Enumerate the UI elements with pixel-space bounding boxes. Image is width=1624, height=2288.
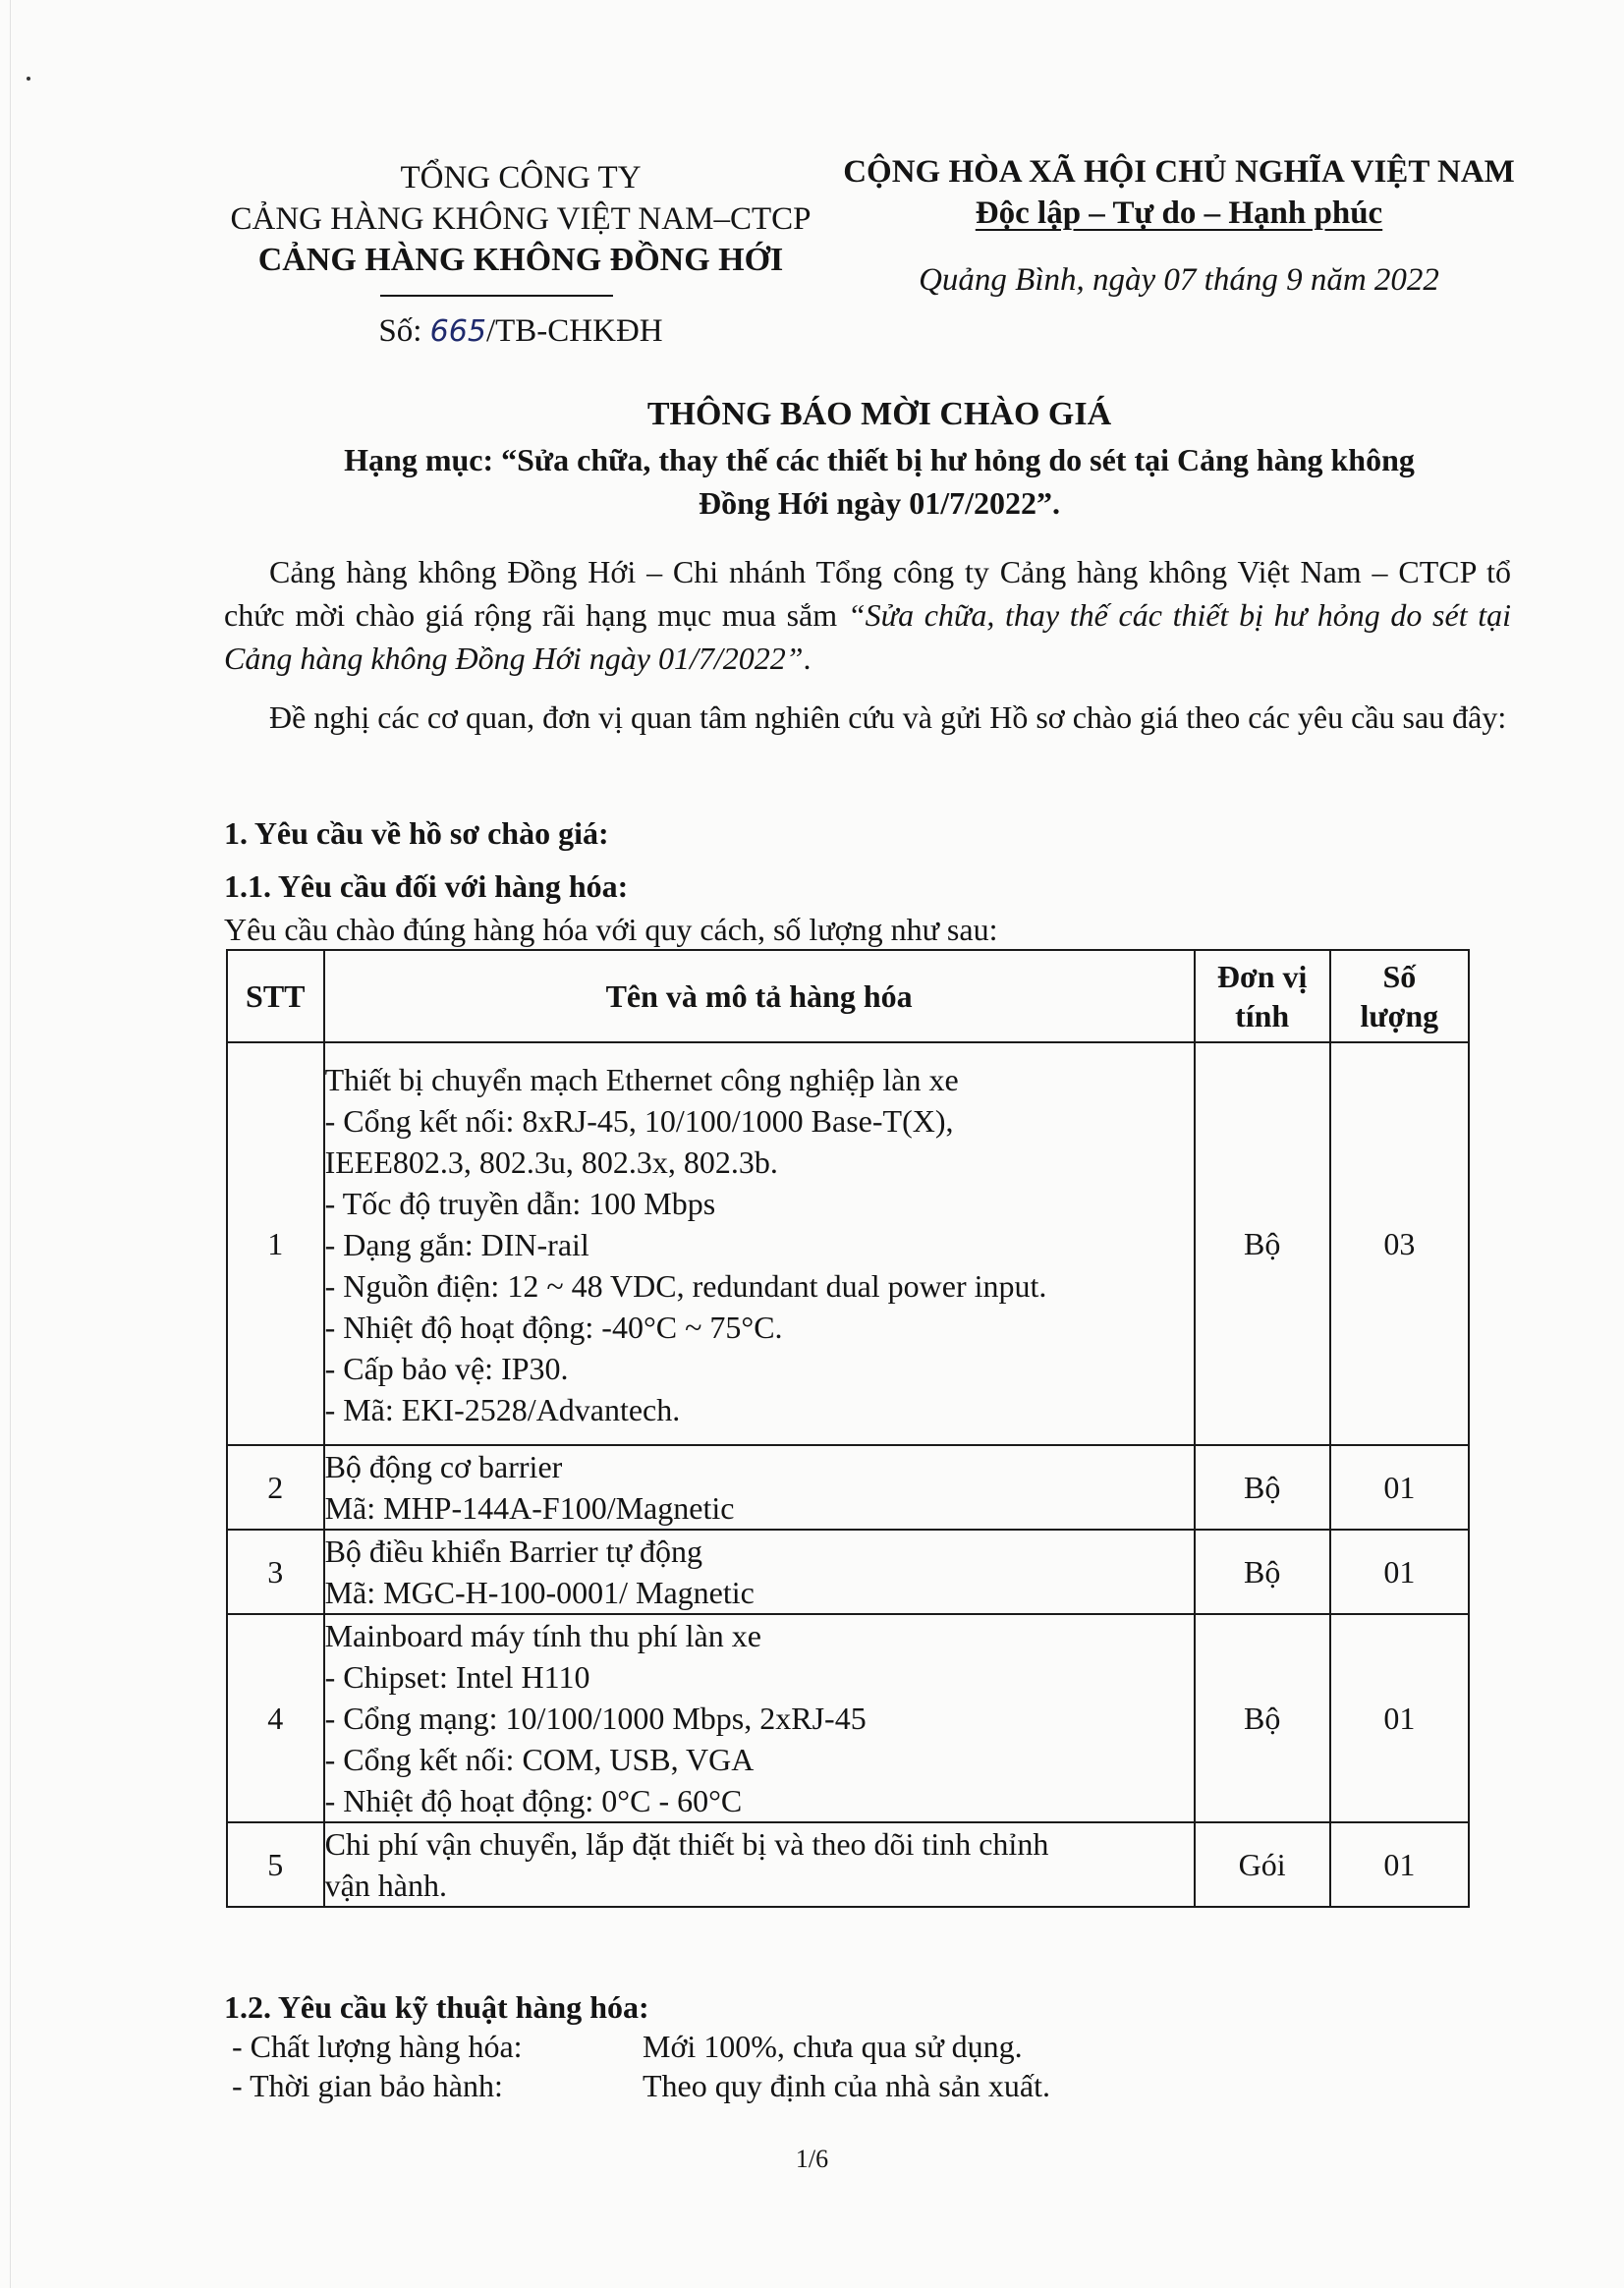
description-line: vận hành.	[325, 1865, 1194, 1906]
description-line: Chi phí vận chuyển, lắp đặt thiết bị và …	[325, 1823, 1194, 1865]
description-line: - Nhiệt độ hoạt động: 0°C - 60°C	[325, 1780, 1194, 1821]
row-unit: Gói	[1195, 1822, 1330, 1907]
description-line: Thiết bị chuyển mạch Ethernet công nghiệ…	[325, 1059, 1194, 1100]
row-stt: 2	[227, 1445, 324, 1530]
requirement-label: - Thời gian bảo hành:	[232, 2066, 643, 2105]
table-row: 3Bộ điều khiển Barrier tự độngMã: MGC-H-…	[227, 1530, 1469, 1614]
description-line: Mã: MGC-H-100-0001/ Magnetic	[325, 1572, 1194, 1613]
row-unit: Bộ	[1195, 1614, 1330, 1822]
issuer-underline	[380, 295, 613, 297]
issuing-unit: CẢNG HÀNG KHÔNG ĐỒNG HỚI	[187, 240, 855, 281]
header-stt: STT	[227, 950, 324, 1042]
description-line: - Cấp bảo vệ: IP30.	[325, 1348, 1194, 1389]
document-number-handwritten: 665	[430, 314, 486, 349]
row-quantity: 01	[1330, 1530, 1469, 1614]
document-subtitle: Hạng mục: “Sửa chữa, thay thế các thiết …	[216, 438, 1542, 525]
description-line: - Chipset: Intel H110	[325, 1656, 1194, 1698]
requirement-value: Mới 100%, chưa qua sử dụng.	[643, 2029, 1023, 2064]
description-line: Mã: MHP-144A-F100/Magnetic	[325, 1487, 1194, 1529]
table-row: 4Mainboard máy tính thu phí làn xe- Chip…	[227, 1614, 1469, 1822]
goods-table-header: STT Tên và mô tả hàng hóa Đơn vị tính Số…	[227, 950, 1469, 1042]
parent-company-line2: CẢNG HÀNG KHÔNG VIỆT NAM–CTCP	[187, 198, 855, 240]
section-1-1-heading: 1.1. Yêu cầu đối với hàng hóa:	[224, 866, 628, 906]
description-line: - Cổng mạng: 10/100/1000 Mbps, 2xRJ-45	[325, 1698, 1194, 1739]
row-description: Bộ điều khiển Barrier tự độngMã: MGC-H-1…	[324, 1530, 1195, 1614]
row-quantity: 03	[1330, 1042, 1469, 1445]
table-row: 5Chi phí vận chuyển, lắp đặt thiết bị và…	[227, 1822, 1469, 1907]
row-description: Mainboard máy tính thu phí làn xe- Chips…	[324, 1614, 1195, 1822]
description-line: Mainboard máy tính thu phí làn xe	[325, 1615, 1194, 1656]
table-row: 1Thiết bị chuyển mạch Ethernet công nghi…	[227, 1042, 1469, 1445]
description-line: Bộ động cơ barrier	[325, 1446, 1194, 1487]
section-1-heading: 1. Yêu cầu về hồ sơ chào giá:	[224, 813, 609, 853]
goods-table: STT Tên và mô tả hàng hóa Đơn vị tính Số…	[226, 949, 1470, 1908]
scan-edge-line	[10, 0, 11, 2288]
national-motto: Độc lập – Tự do – Hạnh phúc	[815, 193, 1542, 234]
header-unit-line2: tính	[1196, 996, 1329, 1035]
header-qty: Số lượng	[1330, 950, 1469, 1042]
description-line: - Mã: EKI-2528/Advantech.	[325, 1389, 1194, 1430]
scan-speck	[27, 77, 30, 81]
row-quantity: 01	[1330, 1614, 1469, 1822]
row-quantity: 01	[1330, 1822, 1469, 1907]
header-unit: Đơn vị tính	[1195, 950, 1330, 1042]
row-unit: Bộ	[1195, 1042, 1330, 1445]
requirement-warranty: - Thời gian bảo hành:Theo quy định của n…	[232, 2066, 1050, 2105]
row-stt: 1	[227, 1042, 324, 1445]
issuer-header: TỔNG CÔNG TY CẢNG HÀNG KHÔNG VIỆT NAM–CT…	[187, 157, 855, 353]
header-qty-line2: lượng	[1331, 996, 1468, 1035]
requirement-label: - Chất lượng hàng hóa:	[232, 2027, 643, 2066]
country-name: CỘNG HÒA XÃ HỘI CHỦ NGHĨA VIỆT NAM	[815, 151, 1542, 193]
header-name: Tên và mô tả hàng hóa	[324, 950, 1195, 1042]
subtitle-line-2: Đồng Hới ngày 01/7/2022”.	[216, 481, 1542, 525]
row-description: Thiết bị chuyển mạch Ethernet công nghiệ…	[324, 1042, 1195, 1445]
description-line: - Cổng kết nối: 8xRJ-45, 10/100/1000 Bas…	[325, 1100, 1194, 1142]
goods-table-body: 1Thiết bị chuyển mạch Ethernet công nghi…	[227, 1042, 1469, 1907]
document-number-prefix: Số:	[378, 313, 429, 349]
row-description: Chi phí vận chuyển, lắp đặt thiết bị và …	[324, 1822, 1195, 1907]
document-title: THÔNG BÁO MỜI CHÀO GIÁ	[216, 393, 1542, 436]
header-qty-line1: Số	[1331, 957, 1468, 996]
row-stt: 3	[227, 1530, 324, 1614]
intro-paragraph-2: Đề nghị các cơ quan, đơn vị quan tâm ngh…	[224, 696, 1511, 739]
description-line: - Cổng kết nối: COM, USB, VGA	[325, 1739, 1194, 1780]
description-line: - Nguồn điện: 12 ~ 48 VDC, redundant dua…	[325, 1265, 1194, 1307]
intro-p1-end: .	[804, 641, 812, 676]
description-line: - Tốc độ truyền dẫn: 100 Mbps	[325, 1183, 1194, 1224]
subtitle-line-1: Hạng mục: “Sửa chữa, thay thế các thiết …	[216, 438, 1542, 481]
parent-company-line1: TỔNG CÔNG TY	[187, 157, 855, 198]
intro-p2-text: Đề nghị các cơ quan, đơn vị quan tâm ngh…	[269, 699, 1506, 735]
section-1-2-heading: 1.2. Yêu cầu kỹ thuật hàng hóa:	[224, 1987, 649, 2027]
requirement-quality: - Chất lượng hàng hóa:Mới 100%, chưa qua…	[232, 2027, 1023, 2066]
table-row: 2Bộ động cơ barrierMã: MHP-144A-F100/Mag…	[227, 1445, 1469, 1530]
description-line: - Dạng gắn: DIN-rail	[325, 1224, 1194, 1265]
section-1-1-lead: Yêu cầu chào đúng hàng hóa với quy cách,…	[224, 910, 997, 949]
place-and-date: Quảng Bình, ngày 07 tháng 9 năm 2022	[815, 259, 1542, 301]
intro-paragraph-1: Cảng hàng không Đồng Hới – Chi nhánh Tổn…	[224, 550, 1511, 680]
page-number: 1/6	[0, 2145, 1624, 2174]
document-number: Số: 665/TB-CHKĐH	[187, 310, 855, 353]
row-quantity: 01	[1330, 1445, 1469, 1530]
header-unit-line1: Đơn vị	[1196, 957, 1329, 996]
document-page: TỔNG CÔNG TY CẢNG HÀNG KHÔNG VIỆT NAM–CT…	[0, 0, 1624, 2288]
row-unit: Bộ	[1195, 1445, 1330, 1530]
description-line: - Nhiệt độ hoạt động: -40°C ~ 75°C.	[325, 1307, 1194, 1348]
row-stt: 5	[227, 1822, 324, 1907]
national-header: CỘNG HÒA XÃ HỘI CHỦ NGHĨA VIỆT NAM Độc l…	[815, 151, 1542, 301]
requirement-value: Theo quy định của nhà sản xuất.	[643, 2068, 1050, 2103]
description-line: Bộ điều khiển Barrier tự động	[325, 1531, 1194, 1572]
row-unit: Bộ	[1195, 1530, 1330, 1614]
description-line: IEEE802.3, 802.3u, 802.3x, 802.3b.	[325, 1142, 1194, 1183]
document-number-suffix: /TB-CHKĐH	[486, 313, 663, 349]
row-description: Bộ động cơ barrierMã: MHP-144A-F100/Magn…	[324, 1445, 1195, 1530]
row-stt: 4	[227, 1614, 324, 1822]
